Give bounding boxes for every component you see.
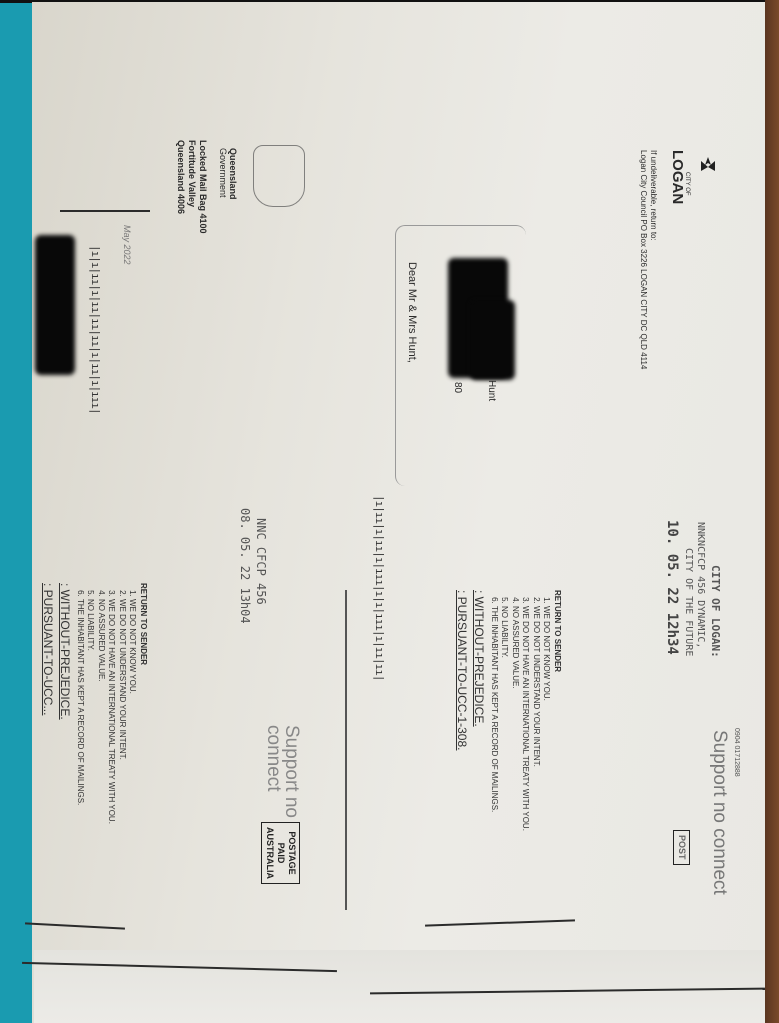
- postmark-line3: CITY OF THE FUTURE: [683, 548, 694, 656]
- queensland-crest-icon: [253, 145, 305, 207]
- qld-postmark-date: 08. 05. 22 13h04: [238, 508, 252, 624]
- return-to-sender-lower: RETURN TO SENDER WE DO NOT KNOW YOU. WE …: [41, 583, 149, 824]
- postmark-line2: NNKNCFCP 456 DYNAMIC,: [695, 522, 706, 648]
- qld-address-line3: Queensland 4006: [176, 140, 186, 214]
- qld-support-connect-text: Support no connect: [264, 725, 300, 835]
- qld-agency-line1: Queensland: [228, 148, 238, 200]
- postmark-line1: CITY OF LOGAN:: [709, 565, 722, 658]
- postage-box-logan: POST: [673, 830, 690, 865]
- return-to-sender-upper: RETURN TO SENDER WE DO NOT KNOW YOU. WE …: [455, 590, 563, 831]
- support-connect-text: Support no connect: [710, 730, 728, 920]
- qld-barcode: |ı|ı|ıı|ı|ıı|ıı|ıı|ı|ıı|ı|ııı|: [89, 245, 102, 414]
- rts-item: WE DO NOT UNDERSTAND YOUR INTENT.: [117, 599, 128, 824]
- qld-address-line1: Locked Mail Bag 4100: [198, 140, 208, 234]
- logo-logan: LOGAN: [669, 150, 686, 204]
- return-address-line1: If undeliverable, return to:: [649, 150, 658, 241]
- rts-item: WE DO NOT UNDERSTAND YOUR INTENT.: [531, 606, 542, 831]
- without-prejudice: : WITHOUT-PREJEDICE.: [472, 590, 487, 831]
- rts-item: THE INHABITANT HAS KEPT A RECORD OF MAIL…: [75, 599, 86, 824]
- postage-line2: PAID: [275, 827, 286, 879]
- pursuant-ucc: : PURSUANT-TO-UCC-1-308.: [455, 590, 470, 831]
- pursuant-ucc: : PURSUANT-TO-UCC...: [41, 583, 56, 824]
- address-fragment-80: 80: [452, 382, 463, 393]
- rts-title: RETURN TO SENDER: [138, 583, 149, 824]
- rts-item: WE DO NOT HAVE AN INTERNATIONAL TREATY W…: [520, 606, 531, 831]
- document-sheet-bottom: [34, 950, 767, 1023]
- support-code: 0904 01712888: [733, 728, 740, 777]
- rts-item: THE INHABITANT HAS KEPT A RECORD OF MAIL…: [489, 606, 500, 831]
- qld-postmark-line1: NNC CFCP 456: [254, 518, 268, 605]
- vertical-rule: [345, 590, 347, 910]
- rule-top-left: [60, 210, 150, 212]
- rts-title: RETURN TO SENDER: [552, 590, 563, 831]
- without-prejudice: : WITHOUT-PREJEDICE.: [58, 583, 73, 824]
- address-fragment-hunt: Hunt: [486, 380, 497, 401]
- redacted-qld-address: [35, 235, 75, 375]
- postage-line3: AUSTRALIA: [264, 827, 275, 879]
- rts-item: NO ASSURED VALUE.: [96, 599, 107, 824]
- postage-line1: POSTAGE: [286, 827, 297, 879]
- postage-paid-box: POSTAGE PAID AUSTRALIA: [261, 822, 300, 884]
- rts-list: WE DO NOT KNOW YOU. WE DO NOT UNDERSTAND…: [489, 590, 552, 831]
- qld-agency-line2: Government: [218, 148, 228, 198]
- wood-surface: [765, 0, 779, 1023]
- salutation: Dear Mr & Mrs Hunt,: [406, 262, 418, 363]
- redacted-address-2: [470, 300, 515, 380]
- postmark-date: 10. 05. 22 12h34: [664, 520, 680, 655]
- qld-address-line2: Fortitude Valley: [187, 140, 197, 207]
- rts-item: NO LIABILITY.: [85, 599, 96, 824]
- logan-barcode: |ı|ıı|ı|ıı|ı|ııı|ı|ı|ııı|ı|ıı|ıı|: [373, 495, 386, 681]
- rts-item: WE DO NOT KNOW YOU.: [541, 606, 552, 831]
- handwritten-date: May 2022: [122, 225, 132, 265]
- return-address-line2: Logan City Council PO Box 3226 LOGAN CIT…: [639, 150, 648, 369]
- rts-item: WE DO NOT KNOW YOU.: [127, 599, 138, 824]
- rts-item: NO ASSURED VALUE.: [510, 606, 521, 831]
- logan-logo-icon: [697, 155, 719, 177]
- rts-item: WE DO NOT HAVE AN INTERNATIONAL TREATY W…: [106, 599, 117, 824]
- rts-item: NO LIABILITY.: [499, 606, 510, 831]
- rts-list: WE DO NOT KNOW YOU. WE DO NOT UNDERSTAND…: [75, 583, 138, 824]
